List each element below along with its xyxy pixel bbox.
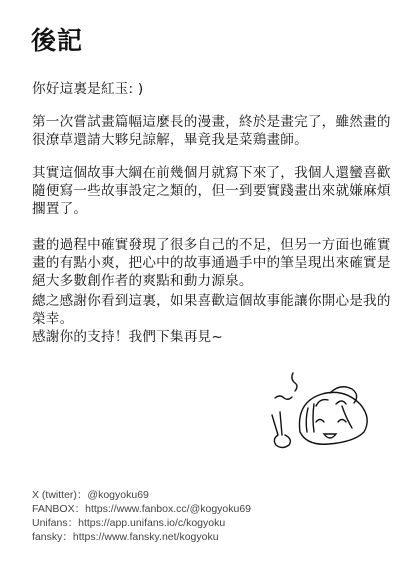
link-fansky[interactable]: fansky：https://www.fansky.net/kogyoku [32, 530, 251, 544]
link-label: fansky： [32, 531, 73, 543]
text-line: 畫的過程中確實發現了很多自己的不足，但另一方面也確實 [32, 236, 384, 254]
link-label: Unifans： [32, 517, 78, 529]
chibi-character-illustration [270, 370, 380, 460]
text-line: 絕大多數創作者的爽點和動力源泉。 [32, 272, 384, 290]
link-fanbox[interactable]: FANBOX：https://www.fanbox.cc/@kogyoku69 [32, 502, 251, 516]
link-twitter[interactable]: X (twitter)：@kogyoku69 [32, 488, 251, 502]
paragraph-drawing-process: 畫的過程中確實發現了很多自己的不足，但另一方面也確實 畫的有點小爽，把心中的故事… [32, 236, 384, 290]
link-label: FANBOX： [32, 503, 85, 515]
text-line: 擱置了。 [32, 200, 384, 218]
paragraph-first-attempt: 第一次嘗試畫篇幅這麼長的漫畫，終於是畫完了，雖然畫的 很潦草還請大夥兒諒解，畢竟… [32, 113, 384, 149]
paragraph-thanks: 總之感謝你看到這裏，如果喜歡這個故事能讓你開心是我的 榮幸。 感謝你的支持！我們… [32, 292, 384, 346]
link-value[interactable]: https://www.fansky.net/kogyoku [73, 531, 219, 543]
text-line: 你好這裏是紅玉: ) [32, 80, 384, 98]
social-links: X (twitter)：@kogyoku69 FANBOX：https://ww… [32, 488, 251, 544]
text-line: 榮幸。 [32, 310, 384, 328]
text-line: 隨便寫一些故事設定之類的，但一到要實踐畫出來就嫌麻煩 [32, 182, 384, 200]
text-line: 總之感謝你看到這裏，如果喜歡這個故事能讓你開心是我的 [32, 292, 384, 310]
link-value[interactable]: @kogyoku69 [87, 489, 148, 501]
paragraph-story-outline: 其實這個故事大綱在前幾個月就寫下來了，我個人還蠻喜歡 隨便寫一些故事設定之類的，… [32, 164, 384, 218]
link-unifans[interactable]: Unifans：https://app.unifans.io/c/kogyoku [32, 516, 251, 530]
page-title: 後記 [31, 26, 83, 56]
link-label: X (twitter)： [32, 489, 87, 501]
link-value[interactable]: https://www.fanbox.cc/@kogyoku69 [85, 503, 251, 515]
text-line: 很潦草還請大夥兒諒解，畢竟我是菜鶏畫師。 [32, 131, 384, 149]
text-line: 感謝你的支持！我們下集再見~ [32, 328, 384, 346]
link-value[interactable]: https://app.unifans.io/c/kogyoku [78, 517, 225, 529]
greeting-paragraph: 你好這裏是紅玉: ) [32, 80, 384, 98]
text-line: 畫的有點小爽，把心中的故事通過手中的筆呈現出來確實是 [32, 254, 384, 272]
text-line: 第一次嘗試畫篇幅這麼長的漫畫，終於是畫完了，雖然畫的 [32, 113, 384, 131]
text-line: 其實這個故事大綱在前幾個月就寫下來了，我個人還蠻喜歡 [32, 164, 384, 182]
